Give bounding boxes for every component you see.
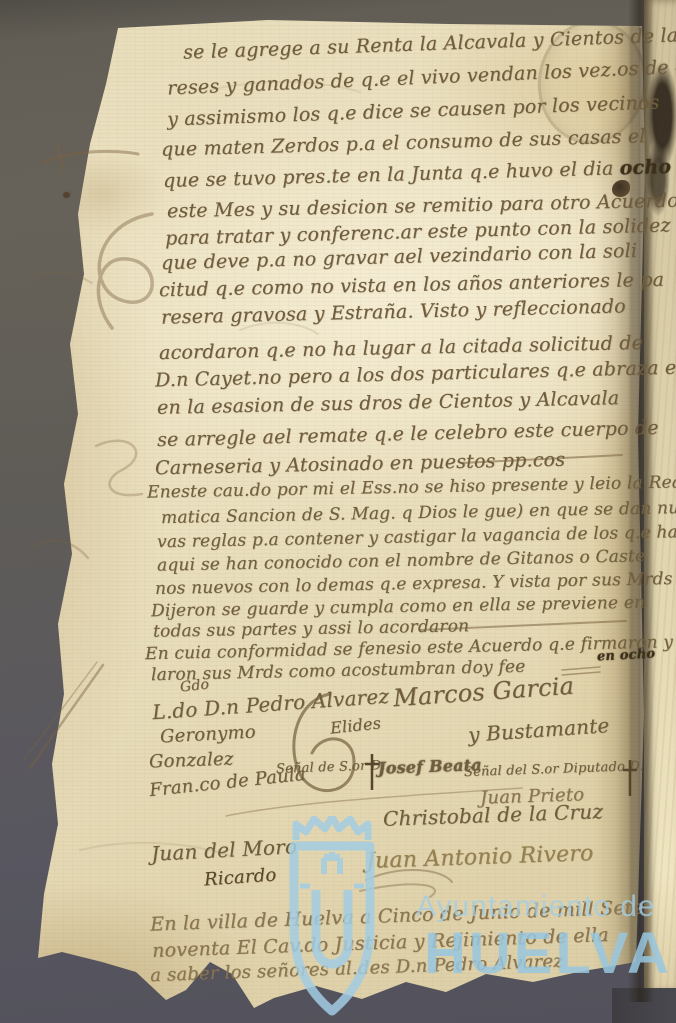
manuscript-line: y assimismo los q.e dice se causen por l… [167, 91, 660, 130]
manuscript-line: que maten Zerdos p.a el consumo de sus c… [161, 125, 646, 161]
overwritten-word: ocho [619, 156, 671, 179]
manuscript-text: se le agrege a su Renta la Alcavala y Ci… [0, 0, 676, 1023]
marginal-note: en ocho [597, 646, 656, 664]
manuscript-line: Carneseria y Atosinado en puestos pp.cos [155, 449, 566, 480]
manuscript-line: en la esasion de sus dros de Cientos y A… [157, 387, 620, 419]
signature-juan-moro: Juan del Moro [150, 834, 297, 866]
signal-mark-label: Señal del S.or Diputado D. [464, 759, 644, 780]
line-text: que se tuvo pres.te en la Junta q.e huvo… [163, 158, 614, 193]
signature-rubric: Gdo [179, 677, 210, 696]
signature-ricardo: Ricardo [203, 864, 277, 890]
manuscript-line: se arregle ael remate q.e le celebro est… [157, 417, 659, 451]
manuscript-line: se le agrege a su Renta la Alcavala y Ci… [183, 24, 676, 63]
signature-juan-antonio-rivero: Juan Antonio Rivero [366, 841, 594, 874]
manuscript-line: resera gravosa y Estraña. Visto y reflec… [161, 295, 626, 328]
archival-manuscript-photo: se le agrege a su Renta la Alcavala y Ci… [0, 0, 676, 1023]
signature-bustamante: y Bustamante [467, 713, 610, 747]
manuscript-line: que se tuvo pres.te en la Junta q.e huvo… [163, 156, 672, 192]
signature-geronymo: Geronymo [160, 722, 257, 748]
signal-cross-icon [622, 758, 638, 798]
signature-elides: Elides [329, 713, 382, 737]
signature-christobal-cruz: Christobal de la Cruz [383, 799, 604, 831]
signature-gonzalez: Gonzalez [149, 749, 234, 773]
